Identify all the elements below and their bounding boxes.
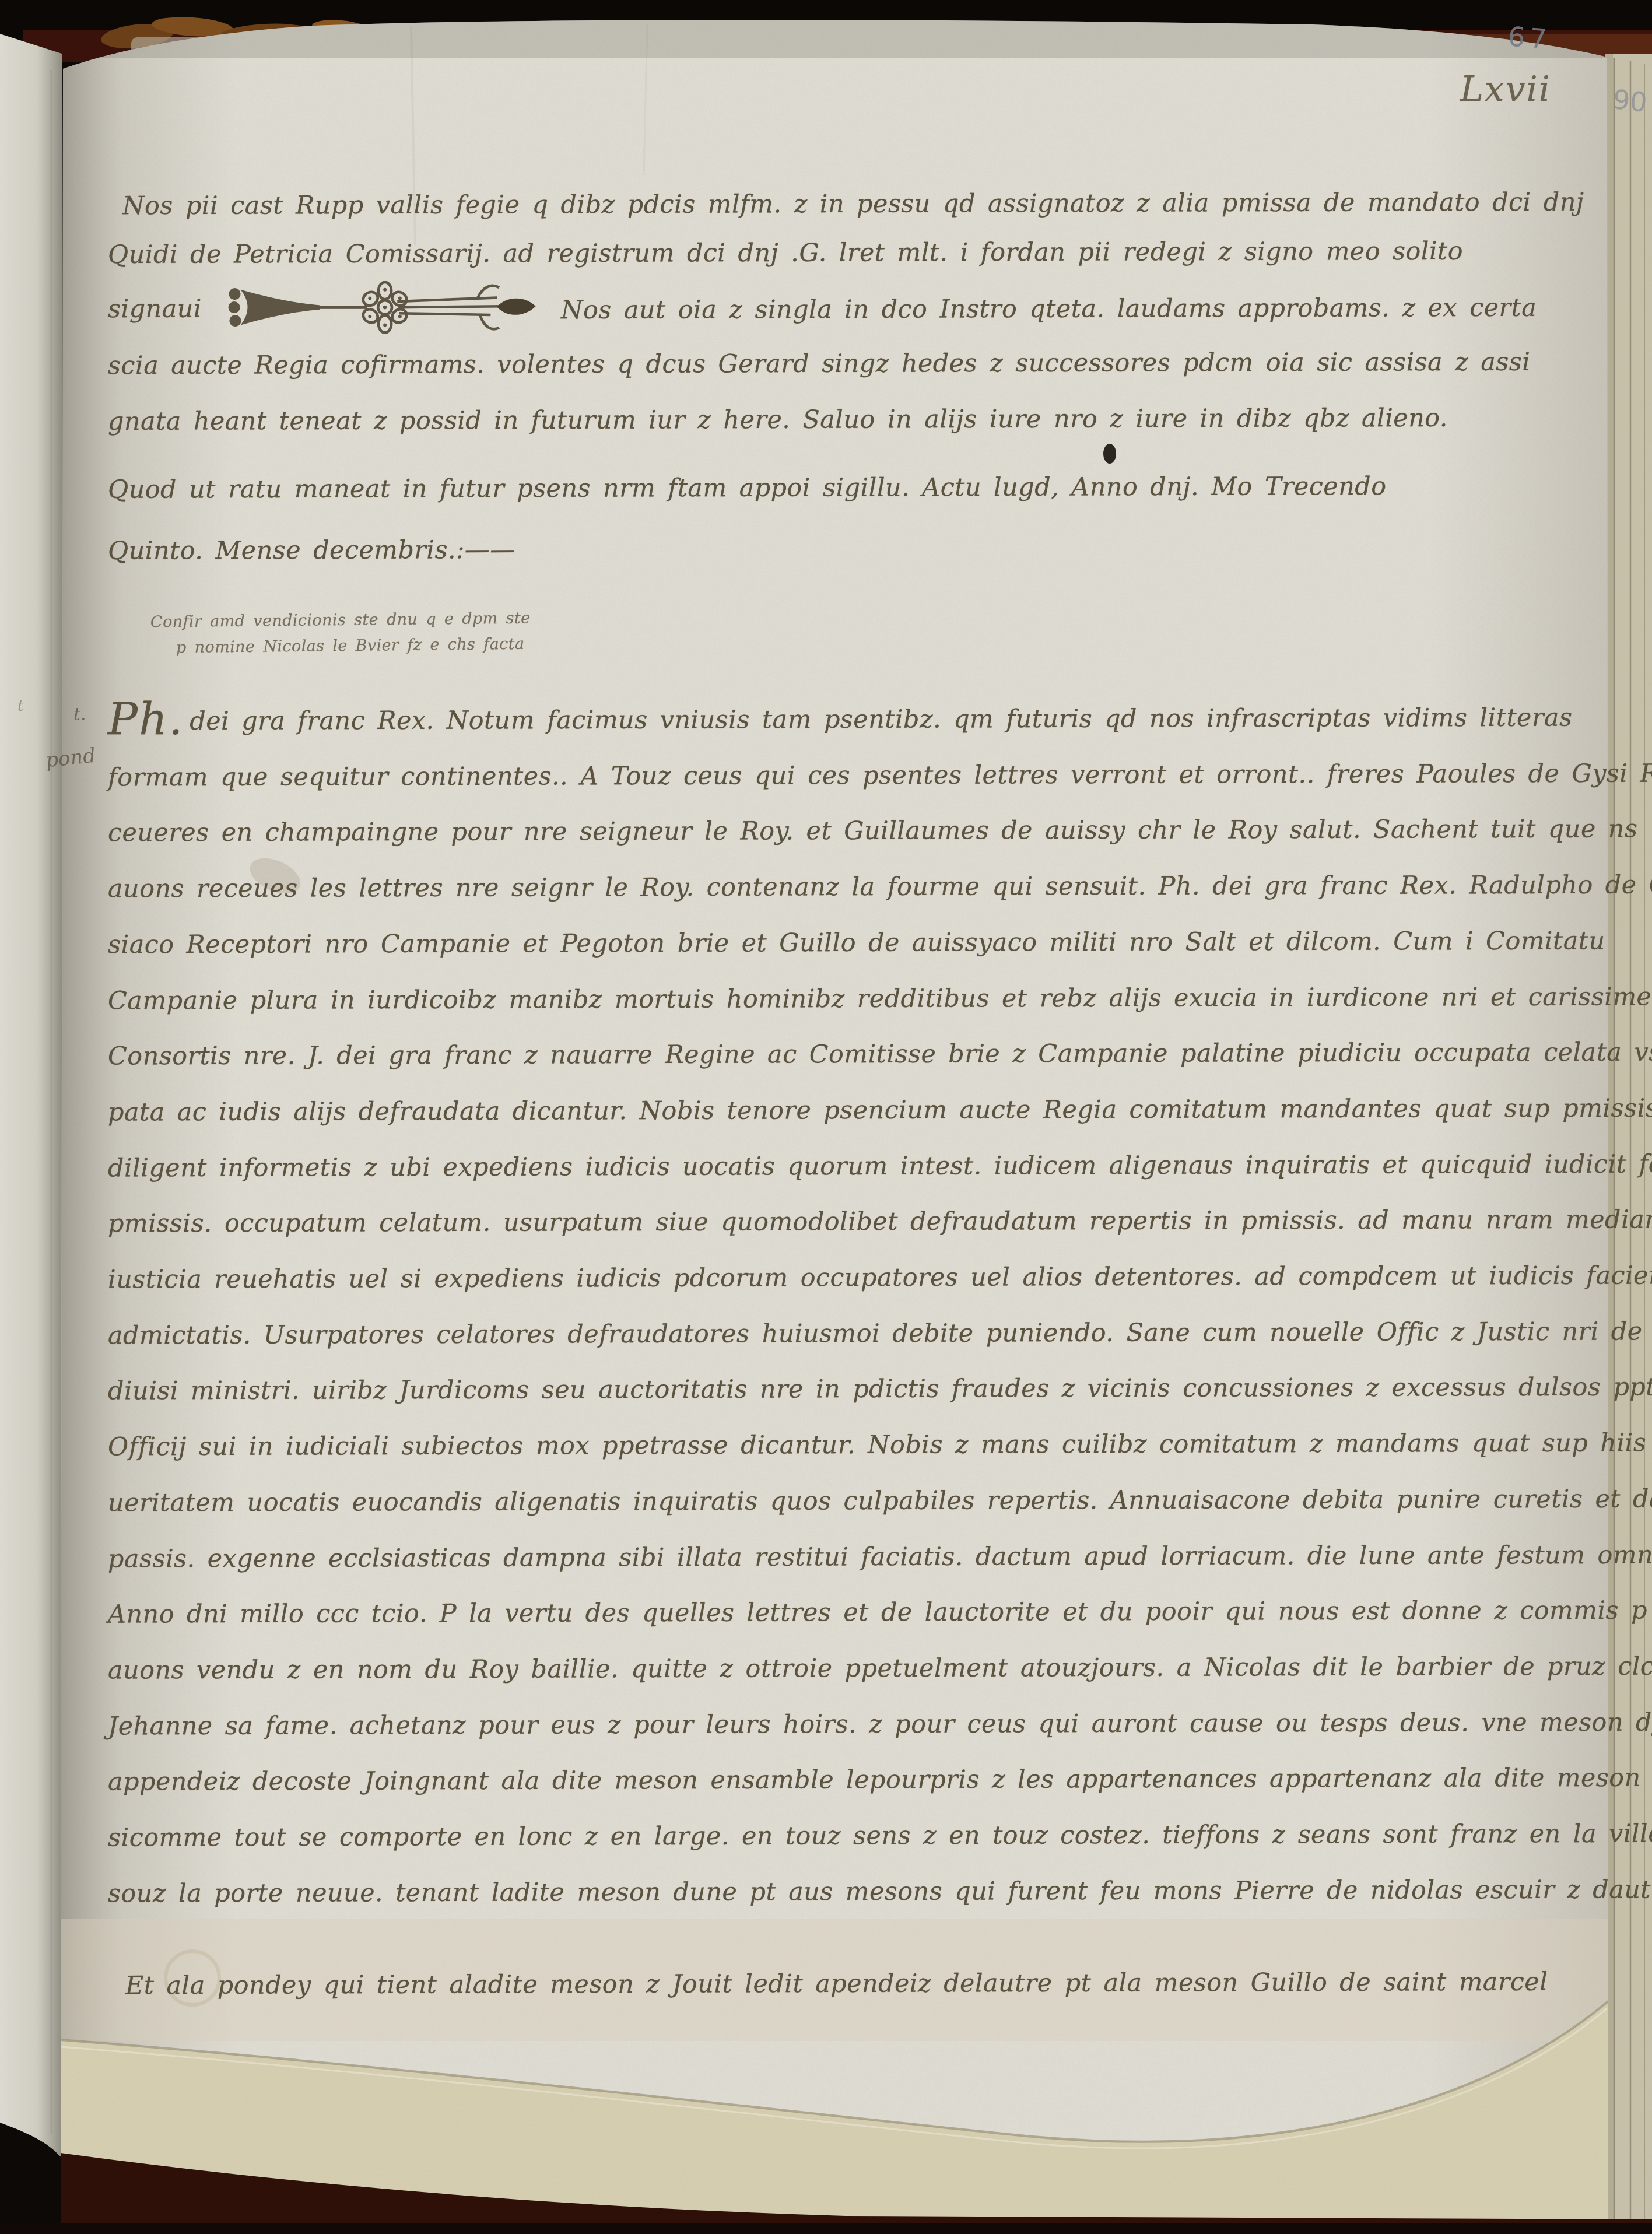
manuscript-line: passis. exgenne ecclsiasticas dampna sib… (108, 1540, 1652, 1573)
rubric-line-1: Confir amd vendicionis ste dnu q e dpm s… (150, 609, 531, 632)
manuscript-line: Campanie plura in iurdicoibz manibz mort… (108, 983, 1652, 1016)
handwriting-layer: 67 Lxvii 90 t t. pond Confir amd vendici… (0, 0, 1652, 2234)
manuscript-line: Quod ut ratu maneat in futur psens nrm f… (108, 472, 1387, 504)
manuscript-line: auons receues les lettres nre seignr le … (108, 870, 1652, 903)
margin-note-upper: t. (73, 704, 86, 725)
manuscript-line: Ph.dei gra franc Rex. Notum facimus vniu… (108, 703, 1572, 737)
notarial-sign-flourish (215, 281, 550, 335)
manuscript-photograph: 67 Lxvii 90 t t. pond Confir amd vendici… (0, 0, 1652, 2234)
manuscript-line: Nos pii cast Rupp vallis fegie q dibz pd… (122, 188, 1584, 221)
manuscript-line: signaui (108, 294, 202, 324)
manuscript-line: Anno dni millo ccc tcio. P la vertu des … (108, 1595, 1652, 1629)
manuscript-line: auons vendu z en nom du Roy baillie. qui… (108, 1651, 1652, 1685)
folio-number-ink: Lxvii (1460, 69, 1551, 110)
manuscript-line: siaco Receptori nro Campanie et Pegoton … (108, 927, 1605, 960)
rubric-line-2: p nomine Nicolas le Bvier fz e chs facta (176, 635, 525, 657)
next-page-number-partial: 90 (1611, 83, 1649, 118)
manuscript-line: ceueres en champaingne pour nre seigneur… (108, 815, 1637, 848)
manuscript-line: gnata heant teneat z possid in futurum i… (108, 404, 1448, 436)
manuscript-line: ueritatem uocatis euocandis aligenatis i… (108, 1484, 1652, 1517)
manuscript-line: appendeiz decoste Joingnant ala dite mes… (108, 1763, 1652, 1797)
manuscript-line: Nos aut oia z singla in dco Instro qteta… (561, 293, 1537, 325)
margin-edge-mark: t (17, 697, 23, 715)
closing-line: Et ala pondey qui tient aladite meson z … (125, 1968, 1548, 2000)
manuscript-line: diligent informetis z ubi expediens iudi… (108, 1150, 1652, 1183)
manuscript-line: sicomme tout se comporte en lonc z en la… (108, 1819, 1652, 1852)
manuscript-line: diuisi ministri. uiribz Jurdicoms seu au… (108, 1372, 1652, 1405)
manuscript-line: Quinto. Mense decembris.:—— (108, 535, 515, 566)
manuscript-line: souz la porte neuue. tenant ladite meson… (108, 1875, 1652, 1908)
manuscript-line: pmissis. occupatum celatum. usurpatum si… (108, 1205, 1652, 1238)
manuscript-line: admictatis. Usurpatores celatores defrau… (108, 1317, 1643, 1351)
margin-note-lower: pond (44, 744, 97, 773)
manuscript-line: Consortis nre. J. dei gra franc z nauarr… (108, 1037, 1652, 1071)
manuscript-line: Jehanne sa fame. achetanz pour eus z pou… (108, 1707, 1652, 1741)
manuscript-line: scia aucte Regia cofirmams. volentes q d… (108, 348, 1531, 380)
manuscript-line: formam que sequitur continentes.. A Touz… (108, 759, 1652, 792)
manuscript-line: iusticia reuehatis uel si expediens iudi… (108, 1261, 1652, 1294)
folio-number-pencil: 67 (1507, 20, 1552, 55)
charter-initial: Ph. (108, 693, 184, 745)
manuscript-line: Quidi de Petricia Comissarij. ad registr… (108, 237, 1463, 269)
manuscript-line: Officij sui in iudiciali subiectos mox p… (108, 1429, 1646, 1462)
manuscript-line: pata ac iudis alijs defraudata dicantur.… (108, 1093, 1652, 1127)
